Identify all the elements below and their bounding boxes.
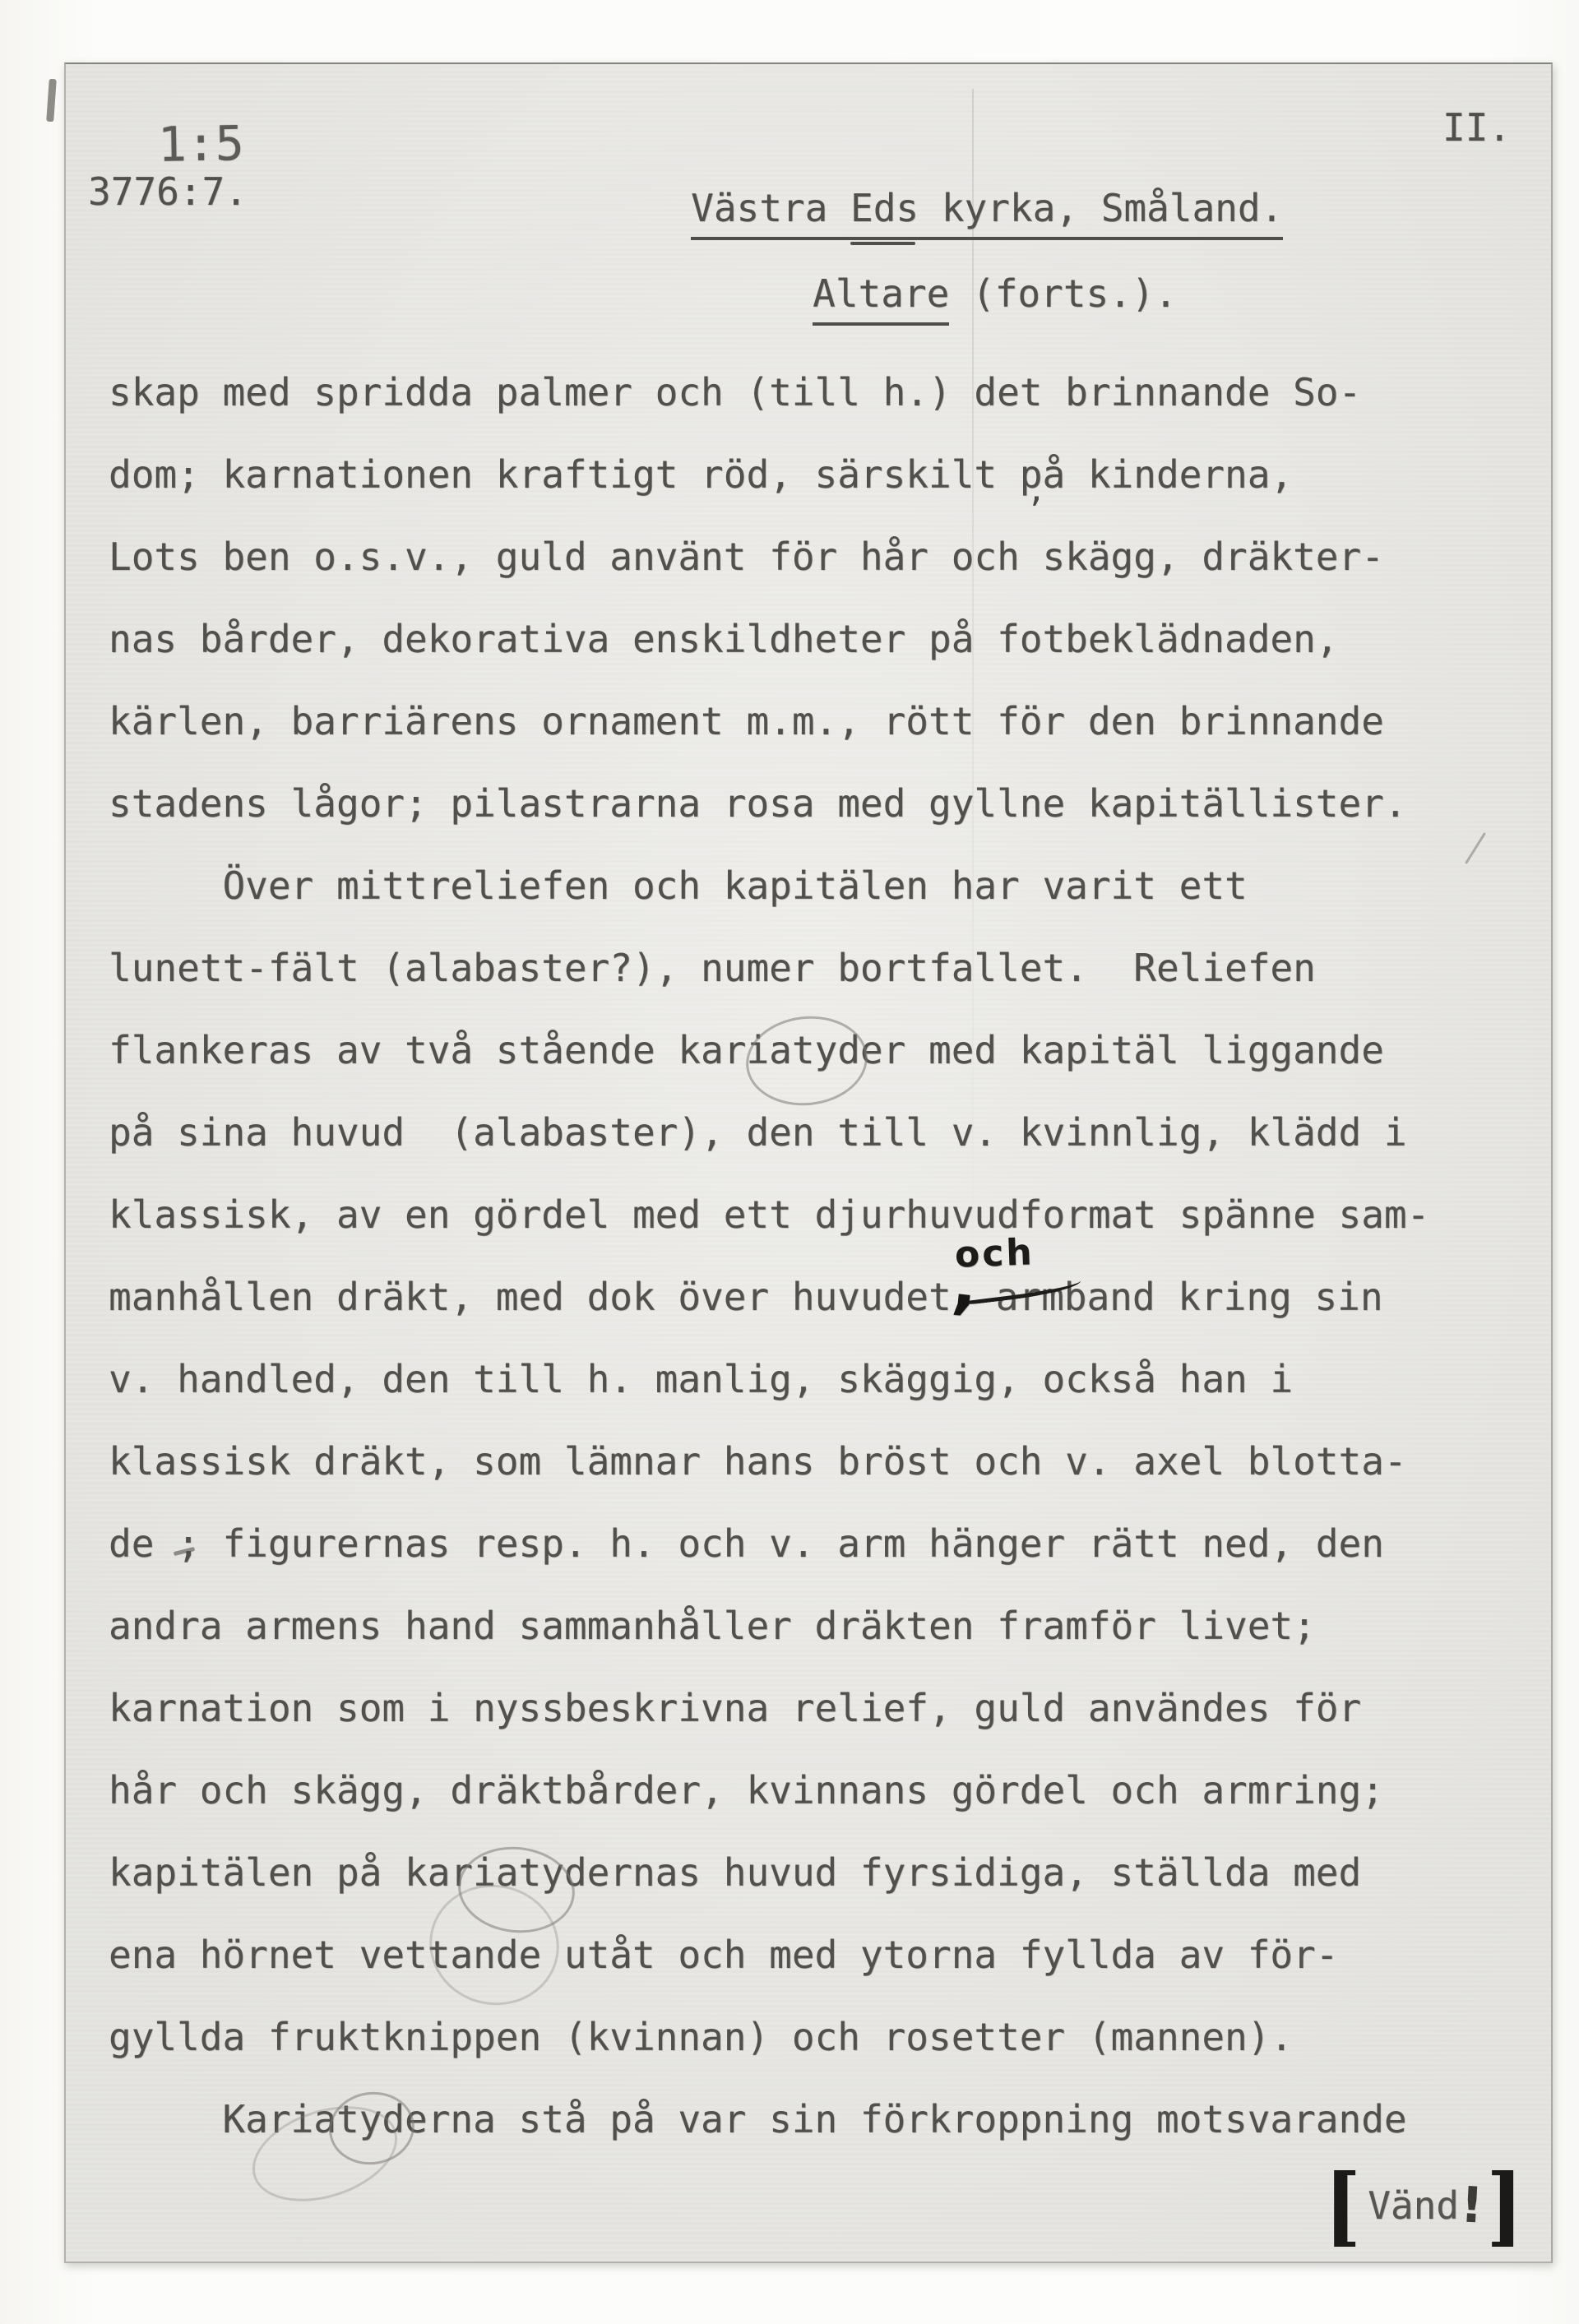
typed-line: klassisk dräkt, som lämnar hans bröst oc… — [109, 1442, 1407, 1480]
typed-line: de ; figurernas resp. h. och v. arm häng… — [109, 1525, 1384, 1562]
typed-line: gyllda fruktknippen (kvinnan) och rosett… — [109, 2018, 1293, 2056]
scanned-document: 1:5 3776:7. II. Västra Eds kyrka, Smålan… — [0, 0, 1579, 2324]
scan-edge-artifact — [46, 79, 57, 123]
title-pre: Västra — [691, 186, 850, 230]
subtitle-underlined: Altare — [813, 271, 949, 326]
turn-note-exclamation: ! — [1459, 2176, 1484, 2234]
archive-number: 3776:7. — [88, 173, 248, 211]
typed-line: stadens lågor; pilastrarna rosa med gyll… — [109, 785, 1407, 822]
typed-line: kapitälen på kariatydernas huvud fyrsidi… — [109, 1854, 1361, 1891]
page-number: II. — [1442, 109, 1511, 146]
subtitle-rest: (forts.). — [949, 271, 1177, 316]
typed-line: klassisk, av en gördel med ett djurhuvud… — [109, 1196, 1429, 1234]
hand-bracket-open: [ — [1324, 2164, 1360, 2247]
typed-line: Över mittreliefen och kapitälen har vari… — [109, 867, 1248, 905]
typed-line: skap med spridda palmer och (till h.) de… — [109, 373, 1361, 411]
typed-line: hår och skägg, dräktbårder, kvinnans gör… — [109, 1771, 1384, 1809]
title-post: kyrka, Småland. — [919, 186, 1283, 230]
document-subtitle: Altare (forts.). — [676, 237, 1177, 350]
typed-line-with-correction: manhållen dräkt, med dok över huvudetoch… — [109, 1278, 1383, 1316]
turn-page-note: [ Vänd ! ] — [1322, 2156, 1526, 2255]
typed-line: lunett-fält (alabaster?), numer bortfall… — [109, 949, 1316, 987]
insertion-caret: och, — [952, 1278, 996, 1316]
typed-line: andra armens hand sammanhåller dräkten f… — [109, 1607, 1316, 1645]
typed-line: ena hörnet vettande utåt och med ytorna … — [109, 1936, 1339, 1974]
typed-line: karnation som i nyssbeskrivna relief, gu… — [109, 1689, 1361, 1727]
turn-note-label: Vänd — [1368, 2183, 1459, 2228]
typed-line: på sina huvud (alabaster), den till v. k… — [109, 1113, 1407, 1151]
document-page: 1:5 3776:7. II. Västra Eds kyrka, Smålan… — [64, 62, 1553, 2263]
typed-line-left: manhållen dräkt, med dok över huvudet — [109, 1275, 952, 1319]
pencil-circle-kariatyder — [742, 1011, 872, 1112]
scale-note: 1:5 — [158, 124, 245, 164]
pencil-margin-tick — [1465, 832, 1486, 864]
typed-line: nas bårder, dekorativa enskildheter på f… — [109, 620, 1339, 658]
hand-bracket-close: ] — [1487, 2164, 1523, 2247]
typed-line: Lots ben o.s.v., guld använt för hår och… — [109, 538, 1384, 576]
typed-line: kärlen, barriärens ornament m.m., rött f… — [109, 702, 1384, 740]
caret-mark-icon: , — [951, 1266, 979, 1306]
title-place-name: Eds — [850, 189, 919, 227]
typed-line: v. handled, den till h. manlig, skäggig,… — [109, 1360, 1293, 1398]
typed-line: dom; karnationen kraftigt röd, särskilt … — [109, 456, 1293, 493]
stray-ink-mark: ’ — [1026, 492, 1045, 530]
